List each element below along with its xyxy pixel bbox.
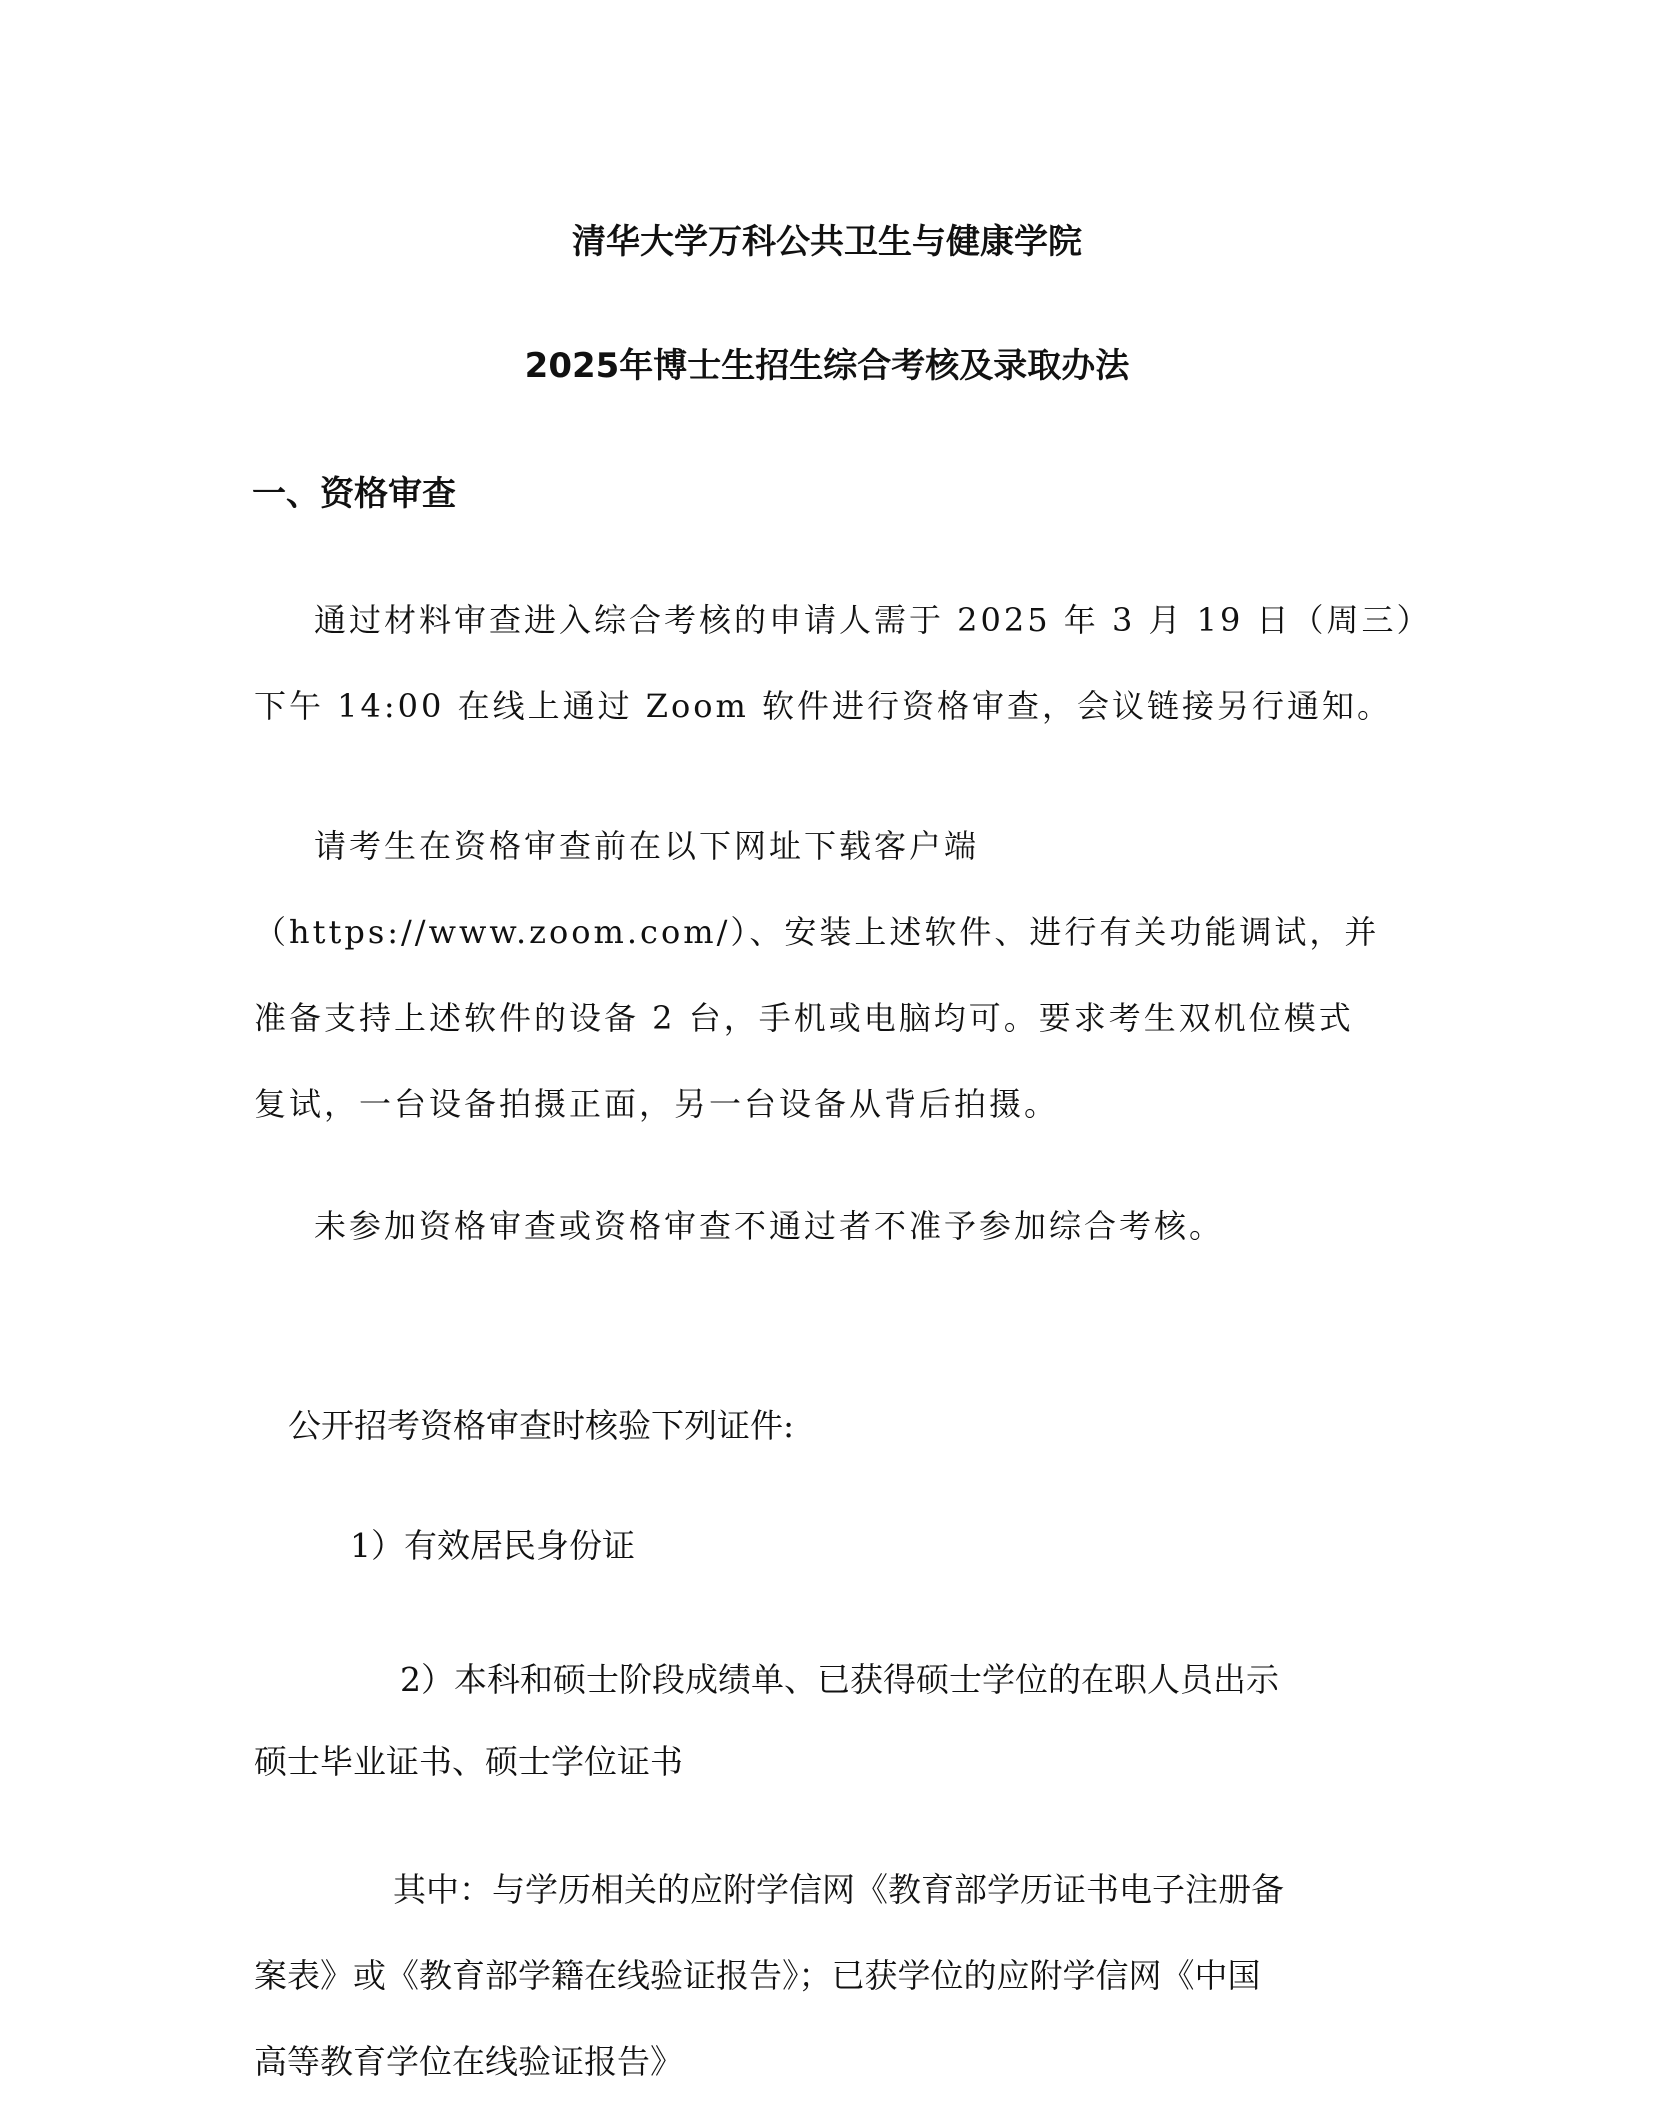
- note-line: 案表》或《教育部学籍在线验证报告》；已获学位的应附学信网《中国: [254, 1956, 1261, 1996]
- paragraph-line: （https://www.zoom.com/）、安装上述软件、进行有关功能调试，…: [254, 912, 1379, 952]
- note-line: 其中：与学历相关的应附学信网《教育部学历证书电子注册备: [393, 1870, 1284, 1910]
- documents-list-item-continuation: 硕士毕业证书、硕士学位证书: [254, 1742, 683, 1782]
- paragraph-line: 下午 14:00 在线上通过 Zoom 软件进行资格审查，会议链接另行通知。: [254, 686, 1392, 726]
- section-heading-qualification-review: 一、资格审查: [252, 474, 456, 514]
- paragraph-line: 复试，一台设备拍摄正面，另一台设备从背后拍摄。: [254, 1084, 1059, 1124]
- paragraph-line: 请考生在资格审查前在以下网址下载客户端: [314, 826, 979, 866]
- paragraph-ineligibility-notice: 未参加资格审查或资格审查不通过者不准予参加综合考核。: [314, 1206, 1224, 1246]
- documents-list-item: 1）有效居民身份证: [350, 1526, 635, 1566]
- paragraph-line: 通过材料审查进入综合考核的申请人需于 2025 年 3 月 19 日（周三）: [314, 600, 1432, 640]
- documents-list-item: 2）本科和硕士阶段成绩单、已获得硕士学位的在职人员出示: [400, 1660, 1279, 1700]
- paragraph-line: 准备支持上述软件的设备 2 台，手机或电脑均可。要求考生双机位模式: [254, 998, 1354, 1038]
- document-title-line1: 清华大学万科公共卫生与健康学院: [0, 222, 1654, 262]
- document-title-line2: 2025年博士生招生综合考核及录取办法: [0, 346, 1654, 386]
- note-line: 高等教育学位在线验证报告》: [254, 2042, 683, 2082]
- documents-intro: 公开招考资格审查时核验下列证件:: [288, 1406, 794, 1446]
